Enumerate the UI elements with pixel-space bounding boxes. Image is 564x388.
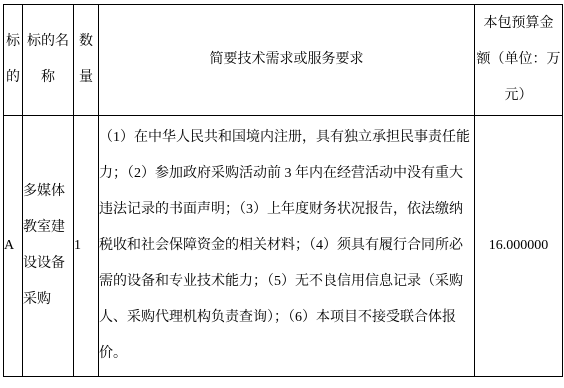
procurement-packages-table: 标 的 标的名 称 数 量 简要技术需求或服务要求 本包预算金 额（单位：万 元… — [3, 4, 563, 377]
cell-subject-name: 多媒体 教室建 设设备 采购 — [23, 116, 74, 377]
header-requirements: 简要技术需求或服务要求 — [99, 5, 475, 116]
header-quantity: 数 量 — [74, 5, 99, 116]
document-page: 标 的 标的名 称 数 量 简要技术需求或服务要求 本包预算金 额（单位：万 元… — [0, 0, 564, 388]
cell-quantity: 1 — [74, 116, 99, 377]
header-budget: 本包预算金 额（单位：万 元） — [475, 5, 563, 116]
table-header-row: 标 的 标的名 称 数 量 简要技术需求或服务要求 本包预算金 额（单位：万 元… — [4, 5, 563, 116]
cell-budget: 16.000000 — [475, 116, 563, 377]
header-subject-name: 标的名 称 — [23, 5, 74, 116]
table-row: A 多媒体 教室建 设设备 采购 1 （1）在中华人民共和国境内注册，具有独立承… — [4, 116, 563, 377]
cell-subject-id: A — [4, 116, 23, 377]
header-subject-id: 标 的 — [4, 5, 23, 116]
cell-requirements: （1）在中华人民共和国境内注册，具有独立承担民事责任能 力；（2）参加政府采购活… — [99, 116, 475, 377]
